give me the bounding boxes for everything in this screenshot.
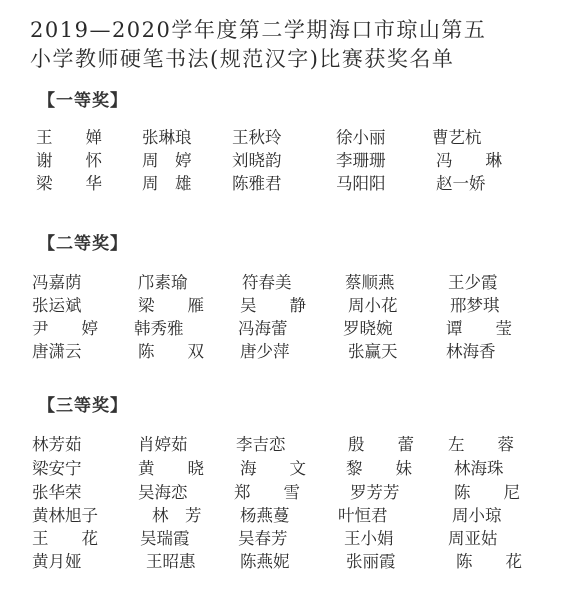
third-prize-row: 黄林旭子 林 芳 杨燕蔓 叶恒君 周小琼 xyxy=(0,502,563,524)
second-prize-heading: 【二等奖】 xyxy=(38,229,128,254)
winner-name: 周 雄 xyxy=(142,170,192,194)
winner-name: 周 婷 xyxy=(142,147,192,171)
winner-name: 王昭惠 xyxy=(146,548,196,572)
winner-name: 王小娟 xyxy=(344,525,394,549)
winner-name: 韩秀雅 xyxy=(134,315,184,339)
winner-name: 黄林旭子 xyxy=(32,502,98,526)
winner-name: 罗晓婉 xyxy=(343,315,393,339)
winner-name: 林海珠 xyxy=(454,455,504,479)
winner-name: 郑 雪 xyxy=(234,479,300,503)
winner-name: 林芳茹 xyxy=(32,431,82,455)
winner-name: 黎 妹 xyxy=(346,455,412,479)
winner-name: 陈燕妮 xyxy=(240,548,290,572)
winner-name: 张运斌 xyxy=(32,292,82,316)
winner-name: 梁 华 xyxy=(36,170,102,194)
winner-name: 李吉恋 xyxy=(236,431,286,455)
winner-name: 邢梦琪 xyxy=(450,292,500,316)
winner-name: 梁 雁 xyxy=(138,292,204,316)
winner-name: 殷 蕾 xyxy=(348,431,414,455)
winner-name: 黄月娅 xyxy=(32,548,82,572)
winner-name: 王秋玲 xyxy=(232,124,282,148)
third-prize-row: 林芳茹 肖婷茹 李吉恋 殷 蕾 左 蓉 xyxy=(0,431,563,453)
winner-name: 符春美 xyxy=(242,269,292,293)
third-prize-heading: 【三等奖】 xyxy=(38,391,128,416)
winner-name: 周小琼 xyxy=(452,502,502,526)
winner-name: 冯 琳 xyxy=(436,147,502,171)
winner-name: 陈雅君 xyxy=(232,170,282,194)
third-prize-row: 张华荣 吴海恋 郑 雪 罗芳芳 陈 尼 xyxy=(0,479,563,501)
document-title-line-1: 2019—2020学年度第二学期海口市琼山第五 xyxy=(30,14,486,44)
winner-name: 周亚姑 xyxy=(448,525,498,549)
winner-name: 曹艺杭 xyxy=(432,124,482,148)
winner-name: 尹 婷 xyxy=(32,315,98,339)
document-title-line-2: 小学教师硬笔书法(规范汉字)比赛获奖名单 xyxy=(30,43,454,73)
winner-name: 杨燕蔓 xyxy=(240,502,290,526)
winner-name: 梁安宁 xyxy=(32,455,82,479)
winner-name: 陈 双 xyxy=(138,338,204,362)
winner-name: 陈 花 xyxy=(456,548,522,572)
winner-name: 王 婵 xyxy=(36,124,102,148)
winner-name: 肖婷茹 xyxy=(138,431,188,455)
winner-name: 叶恒君 xyxy=(338,502,388,526)
winner-name: 赵一娇 xyxy=(436,170,486,194)
third-prize-row: 黄月娅 王昭惠 陈燕妮 张丽霞 陈 花 xyxy=(0,548,563,570)
winner-name: 谭 莹 xyxy=(446,315,512,339)
third-prize-row: 王 花 吴瑞霞 吴春芳 王小娟 周亚姑 xyxy=(0,525,563,547)
winner-name: 黄 晓 xyxy=(138,455,204,479)
winner-name: 罗芳芳 xyxy=(350,479,400,503)
winner-name: 吴春芳 xyxy=(238,525,288,549)
winner-name: 张琳琅 xyxy=(142,124,192,148)
winner-name: 冯海蕾 xyxy=(238,315,288,339)
winner-name: 谢 怀 xyxy=(36,147,102,171)
winner-name: 邝素瑜 xyxy=(138,269,188,293)
winner-name: 蔡顺燕 xyxy=(345,269,395,293)
winner-name: 左 蓉 xyxy=(448,431,514,455)
winner-name: 林海香 xyxy=(446,338,496,362)
second-prize-row: 尹 婷 韩秀雅 冯海蕾 罗晓婉 谭 莹 xyxy=(0,315,563,337)
winner-name: 王 花 xyxy=(32,525,98,549)
first-prize-heading: 【一等奖】 xyxy=(38,86,128,111)
second-prize-row: 冯嘉荫 邝素瑜 符春美 蔡顺燕 王少霞 xyxy=(0,269,563,291)
first-prize-row: 谢 怀 周 婷 刘晓韵 李珊珊 冯 琳 xyxy=(0,147,563,169)
second-prize-row: 唐潇云 陈 双 唐少萍 张赢天 林海香 xyxy=(0,338,563,360)
winner-name: 海 文 xyxy=(240,455,306,479)
second-prize-row: 张运斌 梁 雁 吴 静 周小花 邢梦琪 xyxy=(0,292,563,314)
winner-name: 冯嘉荫 xyxy=(32,269,82,293)
winner-name: 李珊珊 xyxy=(336,147,386,171)
winner-name: 刘晓韵 xyxy=(232,147,282,171)
winner-name: 吴海恋 xyxy=(138,479,188,503)
winner-name: 陈 尼 xyxy=(454,479,520,503)
winner-name: 吴 静 xyxy=(240,292,306,316)
winner-name: 林 芳 xyxy=(152,502,202,526)
winner-name: 徐小丽 xyxy=(336,124,386,148)
winner-name: 张赢天 xyxy=(348,338,398,362)
winner-name: 张丽霞 xyxy=(346,548,396,572)
winner-name: 吴瑞霞 xyxy=(140,525,190,549)
winner-name: 王少霞 xyxy=(448,269,498,293)
third-prize-row: 梁安宁 黄 晓 海 文 黎 妹 林海珠 xyxy=(0,455,563,477)
first-prize-row: 梁 华 周 雄 陈雅君 马阳阳 赵一娇 xyxy=(0,170,563,192)
winner-name: 张华荣 xyxy=(32,479,82,503)
winner-name: 唐少萍 xyxy=(240,338,290,362)
winner-name: 周小花 xyxy=(348,292,398,316)
first-prize-row: 王 婵 张琳琅 王秋玲 徐小丽 曹艺杭 xyxy=(0,124,563,146)
winner-name: 唐潇云 xyxy=(32,338,82,362)
winner-name: 马阳阳 xyxy=(336,170,386,194)
